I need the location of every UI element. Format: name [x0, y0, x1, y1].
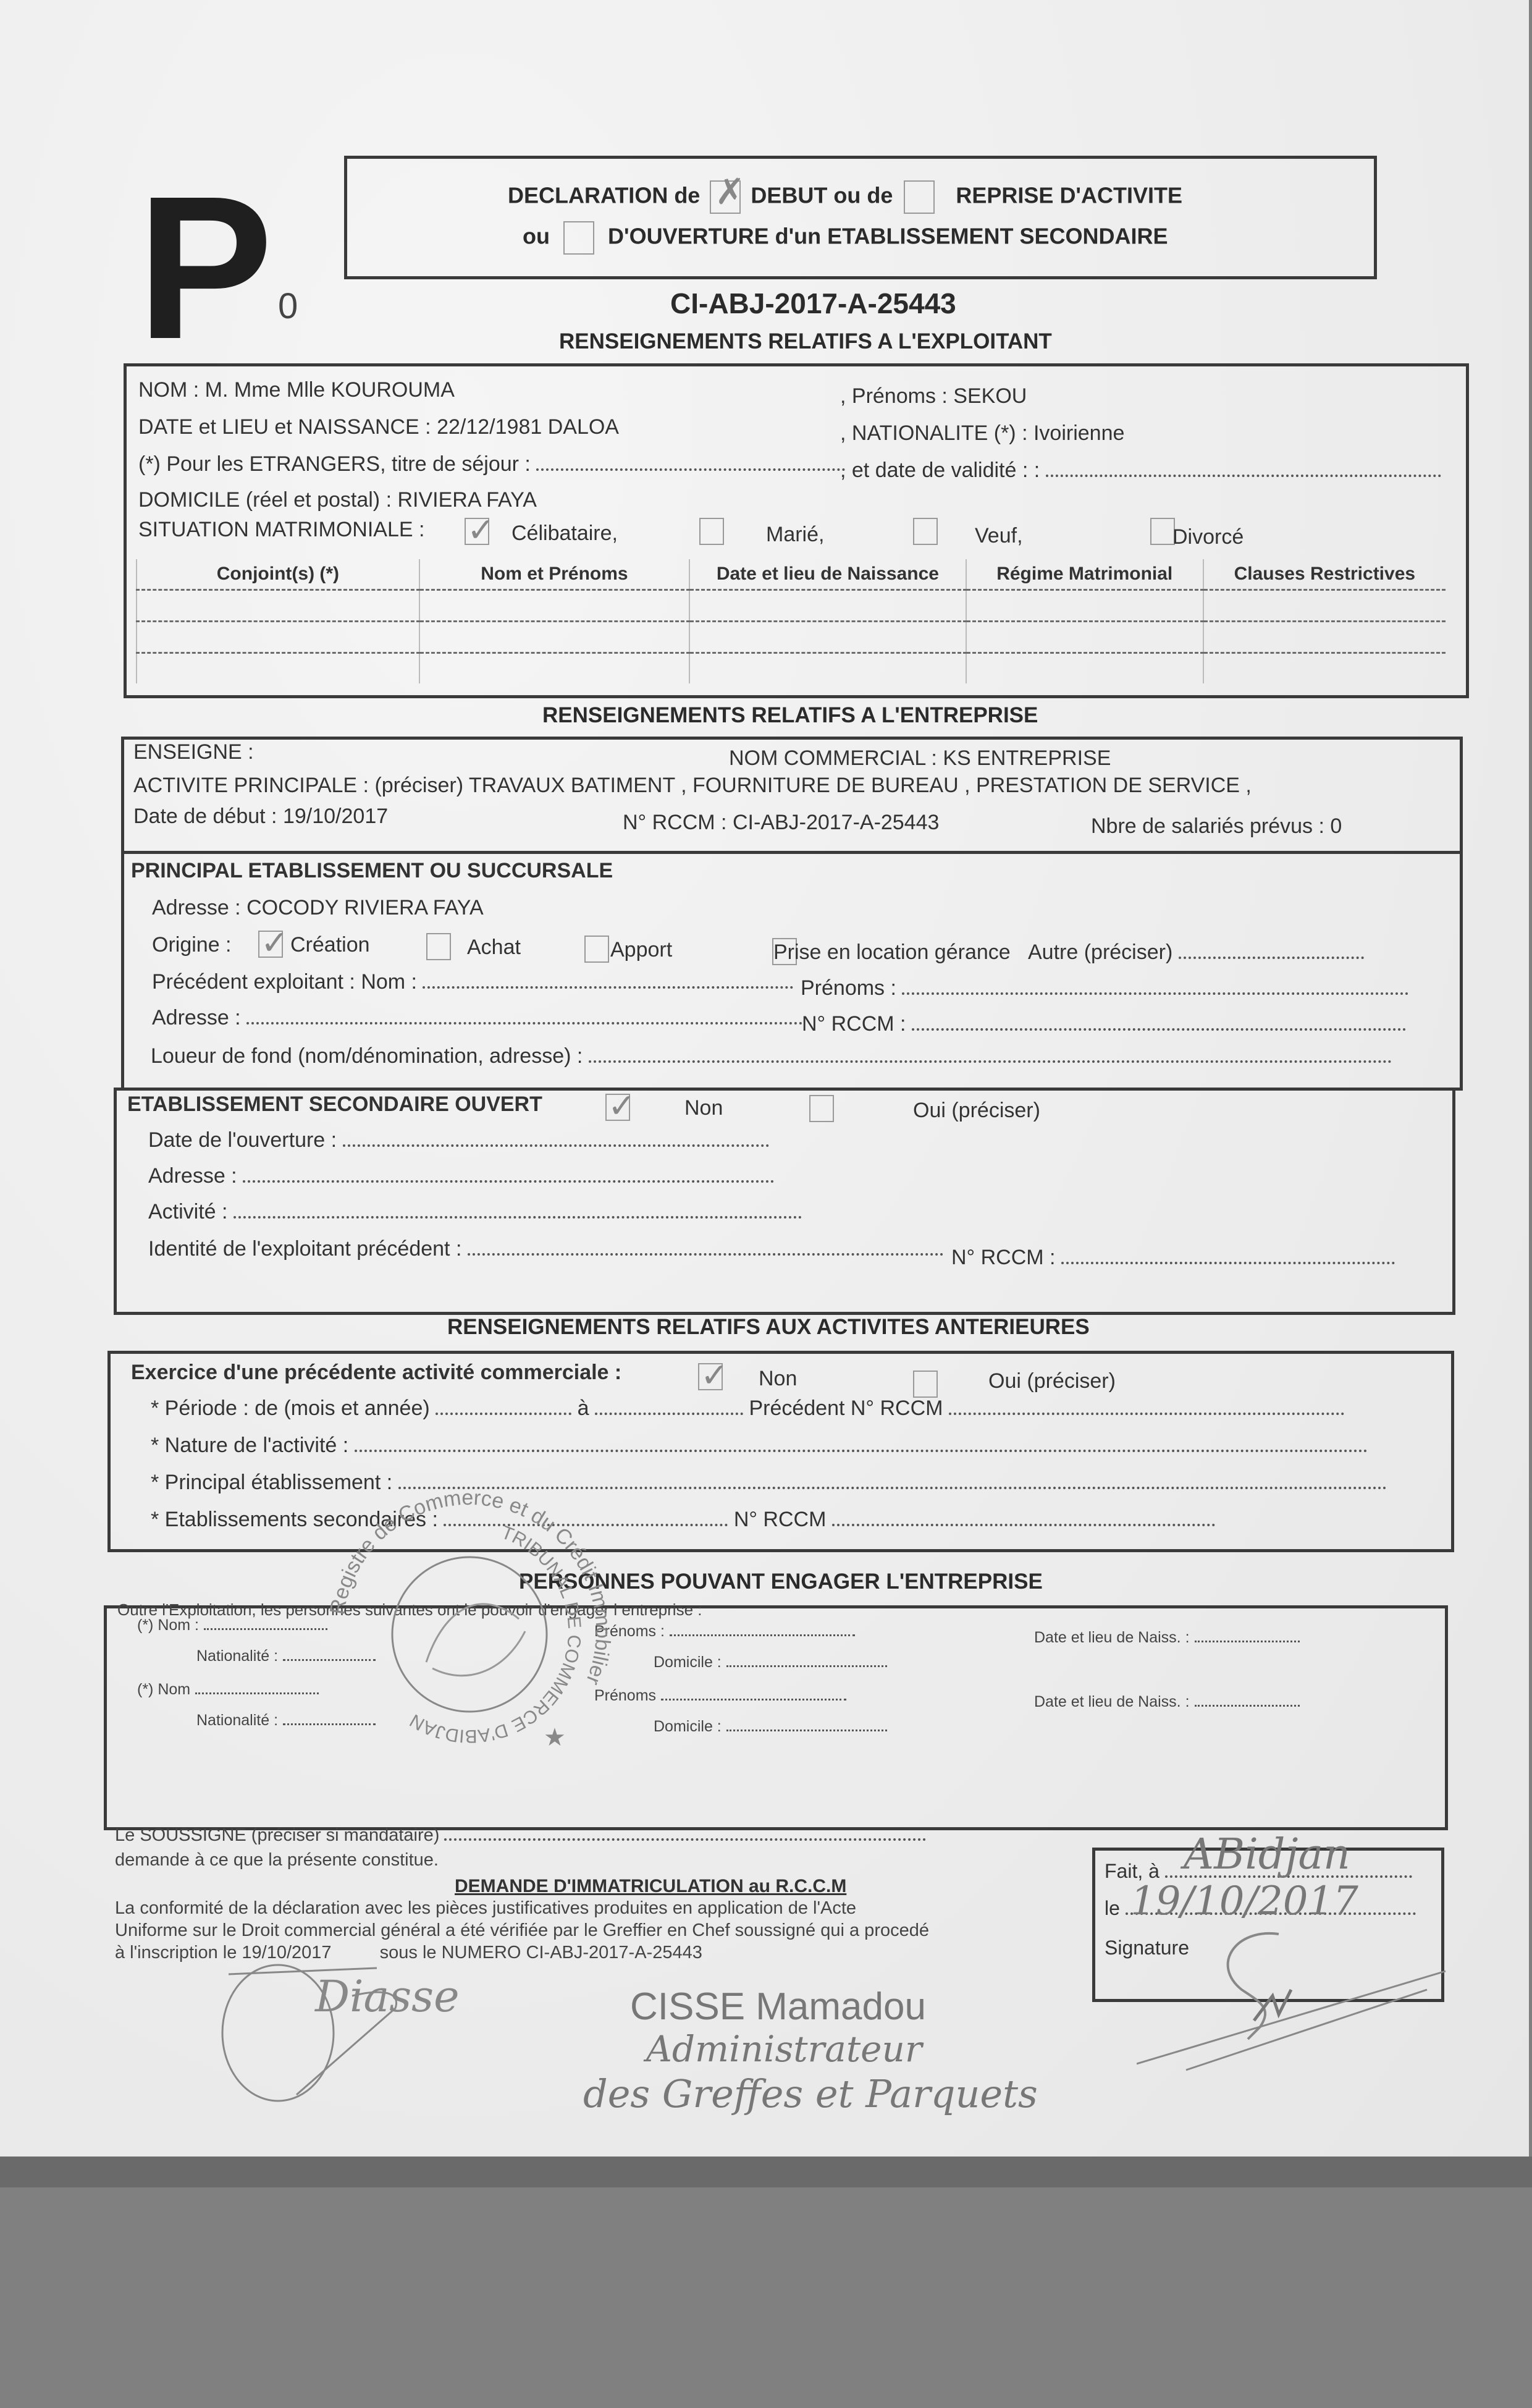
identite-label: Identité de l'exploitant précédent :	[148, 1237, 461, 1261]
personne-nom-label: (*) Nom	[137, 1681, 190, 1698]
personne-blank[interactable]	[726, 1665, 887, 1667]
checkbox-ouverture[interactable]	[563, 221, 594, 255]
personne-blank[interactable]	[204, 1628, 327, 1630]
situation-option-label: Veuf,	[975, 524, 1023, 548]
adresse2-label: Adresse :	[152, 1006, 241, 1029]
form-letter: P	[137, 166, 273, 370]
activite-principale-field: ACTIVITE PRINCIPALE : (préciser) TRAVAUX…	[133, 774, 1252, 798]
personne-naiss-field: Date et lieu de Naiss. :	[1034, 1629, 1300, 1647]
personne-domicile-field: Domicile :	[654, 1654, 887, 1671]
personne-nationalite-label: Nationalité :	[196, 1712, 278, 1729]
conformite-line-1: La conformité de la déclaration avec les…	[115, 1898, 856, 1919]
nationalite-field: , NATIONALITE (*) : Ivoirienne	[840, 421, 1124, 446]
titre-sejour-blank[interactable]	[536, 468, 845, 471]
checkbox-debut[interactable]: ✗	[710, 180, 741, 214]
nom-commercial-field: NOM COMMERCIAL : KS ENTREPRISE	[729, 746, 1111, 771]
autre-label: Autre (préciser)	[1028, 940, 1172, 964]
table-header-cell: Conjoint(s) (*)	[137, 559, 419, 590]
precedent-field: Précédent exploitant : Nom :	[152, 970, 793, 994]
personne-blank[interactable]	[661, 1698, 846, 1700]
table-header-cell: Régime Matrimonial	[966, 559, 1203, 590]
table-header-cell: Clauses Restrictives	[1203, 559, 1446, 590]
exercice-label: Exercice d'une précédente activité comme…	[131, 1361, 621, 1385]
personne-blank[interactable]	[726, 1729, 887, 1731]
loueur-blank[interactable]	[589, 1060, 1392, 1063]
section-title-exploitant: RENSEIGNEMENTS RELATIFS A L'EXPLOITANT	[559, 329, 1052, 354]
rccm2-label: N° RCCM :	[802, 1012, 906, 1036]
soussigne-blank[interactable]	[444, 1838, 926, 1841]
prenoms-field: , Prénoms : SEKOU	[840, 384, 1027, 408]
personne-prenoms-field: Prénoms	[594, 1687, 846, 1705]
origine-option-label: Création	[290, 933, 370, 957]
naissance-value: 22/12/1981 DALOA	[437, 415, 619, 439]
date-debut-field: Date de début : 19/10/2017	[133, 805, 388, 829]
document-page: P 0 DECLARATION de ✗ DEBUT ou de REPRISE…	[0, 0, 1529, 2157]
rccm-value: CI-ABJ-2017-A-25443	[733, 811, 940, 834]
sec-adresse-label: Adresse :	[148, 1164, 237, 1188]
sec-adresse-blank[interactable]	[243, 1180, 774, 1183]
date-ouverture-blank[interactable]	[343, 1144, 769, 1147]
table-header-cell: Nom et Prénoms	[419, 559, 689, 590]
table-header-row: Conjoint(s) (*)Nom et PrénomsDate et lie…	[137, 559, 1446, 590]
prenoms-label: , Prénoms :	[840, 384, 948, 408]
precedent-rccm-blank[interactable]	[949, 1412, 1344, 1415]
periode-from-blank[interactable]	[436, 1412, 571, 1415]
personne-blank[interactable]	[195, 1692, 319, 1694]
salaries-label: Nbre de salariés prévus :	[1091, 814, 1324, 838]
greffier-name: CISSE Mamadou	[630, 1985, 926, 2029]
adresse-label: Adresse :	[152, 896, 241, 919]
section-title-anterieures: RENSEIGNEMENTS RELATIFS AUX ACTIVITES AN…	[447, 1315, 1090, 1340]
precedent-nom-blank[interactable]	[423, 986, 793, 989]
personne-nom-field: (*) Nom	[137, 1681, 319, 1699]
personne-naiss-field: Date et lieu de Naiss. :	[1034, 1693, 1300, 1711]
le-label: le	[1105, 1897, 1120, 1919]
tribunal-stamp-icon: Registre de Commerce et du Crédit Immobi…	[321, 1483, 618, 1780]
nationalite-label: , NATIONALITE (*) :	[840, 421, 1028, 445]
origine-label: Origine :	[152, 933, 232, 957]
origine-option-label: Prise en location gérance	[773, 940, 1011, 965]
prenoms-label: Prénoms :	[801, 976, 896, 1000]
table-cell[interactable]	[966, 653, 1203, 684]
adresse-value: COCODY RIVIERA FAYA	[246, 896, 484, 919]
personne-blank[interactable]	[1195, 1640, 1300, 1642]
naissance-field: DATE et LIEU et NAISSANCE : 22/12/1981 D…	[138, 415, 619, 439]
salaries-value: 0	[1330, 814, 1342, 838]
domicile-field: DOMICILE (réel et postal) : RIVIERA FAYA	[138, 488, 537, 512]
loueur-label: Loueur de fond (nom/dénomination, adress…	[151, 1044, 583, 1068]
activite-label: ACTIVITE PRINCIPALE : (préciser)	[133, 774, 463, 797]
declaration-type-box	[344, 156, 1377, 279]
naissance-label: DATE et LIEU et NAISSANCE :	[138, 415, 431, 439]
section-title-entreprise: RENSEIGNEMENTS RELATIFS A L'ENTREPRISE	[542, 703, 1038, 728]
situation-checkbox-3[interactable]	[1150, 518, 1175, 545]
domicile-value: RIVIERA FAYA	[397, 488, 536, 512]
svg-text:TRIBUNAL DE COMMERCE D'ABIDJAN: TRIBUNAL DE COMMERCE D'ABIDJAN	[406, 1522, 584, 1746]
secondaires-field: * Etablissements secondaires : N° RCCM	[151, 1508, 1215, 1532]
a-label: à	[578, 1396, 589, 1420]
autre-field: Autre (préciser)	[1028, 940, 1364, 965]
fait-handwritten: ABidjan	[1184, 1830, 1350, 1879]
salaries-field: Nbre de salariés prévus : 0	[1091, 814, 1342, 839]
soussigne-label: Le SOUSSIGNE (préciser si mandataire)	[115, 1825, 439, 1845]
nature-field: * Nature de l'activité :	[151, 1434, 1368, 1458]
table-cell[interactable]	[137, 653, 419, 684]
precedent-prenoms-blank[interactable]	[902, 992, 1408, 995]
validite-label: , et date de validité : :	[840, 458, 1040, 482]
origine-checkbox-0[interactable]	[258, 931, 283, 958]
table-cell[interactable]	[966, 622, 1203, 653]
table-row	[137, 653, 1446, 684]
date-ouverture-field: Date de l'ouverture :	[148, 1128, 769, 1152]
table-row	[137, 590, 1446, 622]
date-ouverture-label: Date de l'ouverture :	[148, 1128, 337, 1152]
sec-rccm-blank[interactable]	[1061, 1261, 1395, 1264]
table-cell[interactable]	[689, 590, 966, 622]
personne-domicile-label: Domicile :	[654, 1718, 722, 1735]
declaration-label: DECLARATION de	[508, 183, 700, 208]
date-debut-value: 19/10/2017	[283, 805, 388, 828]
prenoms-value: SEKOU	[953, 384, 1027, 408]
nature-label: * Nature de l'activité :	[151, 1434, 348, 1457]
precedent-rccm-label: Précédent N° RCCM	[749, 1396, 943, 1420]
secondaire-oui-label: Oui (préciser)	[913, 1099, 1040, 1123]
personne-blank[interactable]	[670, 1634, 855, 1636]
form-sub-letter: 0	[278, 285, 298, 327]
immatriculation-title: DEMANDE D'IMMATRICULATION au R.C.C.M	[455, 1876, 846, 1897]
sec-rccm-label: N° RCCM :	[951, 1246, 1055, 1269]
table-header-cell: Date et lieu de Naissance	[689, 559, 966, 590]
header-line-1: DECLARATION de ✗ DEBUT ou de REPRISE D'A…	[508, 180, 1182, 214]
date-debut-label: Date de début :	[133, 805, 277, 828]
situation-checkbox-2[interactable]	[913, 518, 938, 545]
periode-field: * Période : de (mois et année) à Précéde…	[151, 1396, 1344, 1421]
situation-checkbox-1[interactable]	[699, 518, 724, 545]
periode-label: * Période : de (mois et année)	[151, 1396, 430, 1420]
precedent-label: Précédent exploitant : Nom :	[152, 970, 417, 994]
nom-commercial-value: KS ENTREPRISE	[943, 746, 1111, 770]
secondaire-oui-checkbox[interactable]	[809, 1095, 834, 1122]
validite-field: , et date de validité : :	[840, 458, 1441, 483]
table-cell[interactable]	[1203, 590, 1446, 622]
etrangers-label: (*) Pour les ETRANGERS, titre de séjour …	[138, 452, 531, 476]
autre-blank[interactable]	[1179, 956, 1364, 959]
enseigne-label: ENSEIGNE :	[133, 740, 254, 764]
sec-adresse-field: Adresse :	[148, 1164, 774, 1188]
personne-naiss-label: Date et lieu de Naiss. :	[1034, 1629, 1190, 1646]
sec-activite-blank[interactable]	[234, 1215, 802, 1219]
origine-option-label: Apport	[610, 938, 672, 962]
personne-blank[interactable]	[1195, 1704, 1300, 1707]
nom-label: NOM : M. Mme Mlle	[138, 378, 325, 402]
rccm-number-title: CI-ABJ-2017-A-25443	[670, 287, 956, 320]
adresse2-blank[interactable]	[246, 1021, 802, 1024]
secondaire-non-label: Non	[684, 1096, 723, 1120]
table-cell[interactable]	[137, 590, 419, 622]
identite-blank[interactable]	[468, 1253, 943, 1256]
anterieures-oui-label: Oui (préciser)	[988, 1369, 1116, 1393]
etrangers-field: (*) Pour les ETRANGERS, titre de séjour …	[138, 452, 845, 476]
greffier-title-1: Administrateur	[646, 2028, 922, 2070]
principal-title: PRINCIPAL ETABLISSEMENT OU SUCCURSALE	[131, 859, 613, 883]
table-cell[interactable]	[689, 653, 966, 684]
personne-nom-field: (*) Nom :	[137, 1616, 327, 1634]
rccm2-blank[interactable]	[912, 1028, 1406, 1031]
origine-option-label: Achat	[467, 936, 521, 960]
loueur-field: Loueur de fond (nom/dénomination, adress…	[151, 1044, 1392, 1068]
greffier-title-2: des Greffes et Parquets	[583, 2071, 1038, 2116]
adresse2-field: Adresse :	[152, 1006, 802, 1030]
table-cell[interactable]	[1203, 653, 1446, 684]
identite-field: Identité de l'exploitant précédent :	[148, 1237, 943, 1261]
sec-activite-field: Activité :	[148, 1200, 802, 1224]
origine-checkbox-2[interactable]	[584, 936, 609, 963]
nom-value: KOUROUMA	[331, 378, 455, 402]
checkbox-reprise[interactable]	[904, 180, 935, 214]
domicile-label: DOMICILE (réel et postal) :	[138, 488, 392, 512]
situation-option-label: Célibataire,	[511, 522, 618, 546]
soussigne-field: Le SOUSSIGNE (préciser si mandataire)	[115, 1825, 926, 1846]
periode-to-blank[interactable]	[595, 1412, 743, 1415]
table-cell[interactable]	[419, 653, 689, 684]
ant-rccm-label: N° RCCM	[734, 1508, 827, 1531]
table-cell[interactable]	[966, 590, 1203, 622]
reprise-label: REPRISE D'ACTIVITE	[956, 183, 1182, 208]
ouverture-label: D'OUVERTURE d'un ETABLISSEMENT SECONDAIR…	[608, 224, 1168, 249]
table-cell[interactable]	[419, 590, 689, 622]
rccm-label: N° RCCM :	[623, 811, 726, 834]
nationalite-value: Ivoirienne	[1033, 421, 1124, 445]
scan-edge-band	[0, 2157, 1532, 2187]
rccm-field: N° RCCM : CI-ABJ-2017-A-25443	[623, 811, 939, 835]
situation-option-label: Divorcé	[1172, 525, 1244, 549]
personne-naiss-label: Date et lieu de Naiss. :	[1034, 1693, 1190, 1710]
situation-label: SITUATION MATRIMONIALE :	[138, 518, 424, 542]
debut-label: DEBUT ou de	[751, 183, 893, 208]
table-cell[interactable]	[689, 622, 966, 653]
principal-adresse-field: Adresse : COCODY RIVIERA FAYA	[152, 896, 484, 920]
sec-rccm-field: N° RCCM :	[951, 1246, 1395, 1270]
personne-domicile-label: Domicile :	[654, 1654, 722, 1671]
applicant-signature-icon	[1137, 1916, 1458, 2076]
rccm2-field: N° RCCM :	[802, 1012, 1406, 1036]
activite-value: TRAVAUX BATIMENT , FOURNITURE DE BUREAU …	[469, 774, 1252, 797]
precedent-prenoms-field: Prénoms :	[801, 976, 1408, 1000]
greffier-signature-text: Diasse	[315, 1971, 460, 2022]
origine-checkbox-1[interactable]	[426, 933, 451, 960]
personne-domicile-field: Domicile :	[654, 1718, 887, 1736]
demande-text: demande à ce que la présente constitue.	[115, 1850, 439, 1870]
conformite-line-2: Uniforme sur le Droit commercial général…	[115, 1920, 929, 1941]
table-cell[interactable]	[137, 622, 419, 653]
anterieures-oui-checkbox[interactable]	[913, 1371, 938, 1398]
secondaire-title: ETABLISSEMENT SECONDAIRE OUVERT	[127, 1092, 542, 1117]
header-line-2: ou D'OUVERTURE d'un ETABLISSEMENT SECOND…	[523, 221, 1168, 255]
personne-prenoms-field: Prénoms :	[594, 1623, 855, 1641]
personne-nom-label: (*) Nom :	[137, 1616, 199, 1634]
validite-blank[interactable]	[1046, 474, 1441, 477]
nature-blank[interactable]	[355, 1449, 1368, 1452]
situation-option-label: Marié,	[766, 523, 824, 547]
secondaire-non-checkbox[interactable]	[605, 1094, 630, 1121]
ant-rccm-blank[interactable]	[832, 1523, 1215, 1526]
svg-text:★: ★	[544, 1724, 566, 1751]
nom-commercial-label: NOM COMMERCIAL :	[729, 746, 937, 770]
conjoint-table: Conjoint(s) (*)Nom et PrénomsDate et lie…	[136, 559, 1446, 683]
anterieures-non-checkbox[interactable]	[698, 1363, 723, 1390]
ou-label: ou	[523, 224, 550, 249]
table-cell[interactable]	[1203, 622, 1446, 653]
personne-nationalite-label: Nationalité :	[196, 1647, 278, 1665]
nom-field: NOM : M. Mme Mlle KOUROUMA	[138, 378, 455, 402]
table-cell[interactable]	[419, 622, 689, 653]
table-row	[137, 622, 1446, 653]
sec-activite-label: Activité :	[148, 1200, 227, 1223]
anterieures-non-label: Non	[759, 1367, 797, 1391]
situation-checkbox-0[interactable]	[465, 518, 489, 545]
